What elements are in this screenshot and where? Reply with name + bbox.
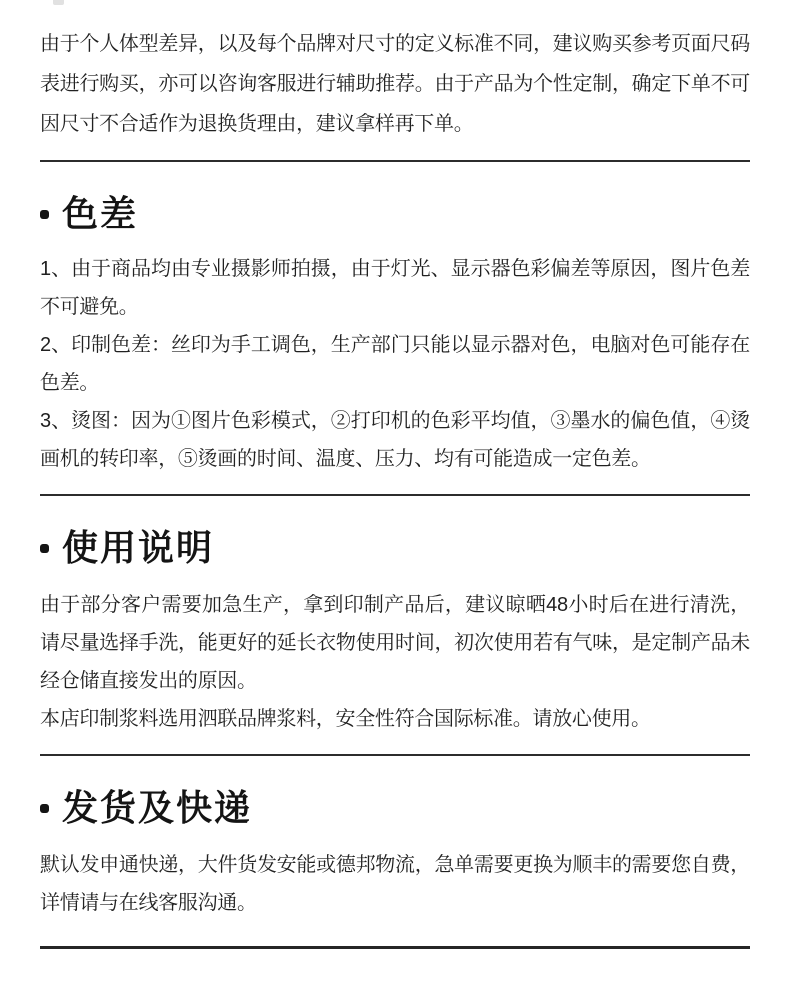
section-divider (40, 754, 750, 756)
color-difference-item-1: 1、由于商品均由专业摄影师拍摄，由于灯光、显示器色彩偏差等原因，图片色差不可避免… (40, 250, 750, 326)
bullet-dot-icon (40, 210, 49, 219)
section-usage-instructions: 使用说明 由于部分客户需要加急生产，拿到印制产品后，建议晾晒48小时后在进行清洗… (40, 528, 750, 738)
section-heading: 色差 (40, 194, 750, 234)
section-title: 发货及快递 (62, 788, 252, 828)
section-color-difference: 色差 1、由于商品均由专业摄影师拍摄，由于灯光、显示器色彩偏差等原因，图片色差不… (40, 194, 750, 478)
section-title: 使用说明 (62, 528, 214, 568)
cropped-image-artifact (53, 0, 64, 5)
section-body: 由于部分客户需要加急生产，拿到印制产品后，建议晾晒48小时后在进行清洗，请尽量选… (40, 586, 750, 738)
section-shipping-delivery: 发货及快递 默认发申通快递，大件货发安能或德邦物流，急单需要更换为顺丰的需要您自… (40, 788, 750, 922)
shipping-paragraph: 默认发申通快递，大件货发安能或德邦物流，急单需要更换为顺丰的需要您自费，详情请与… (40, 846, 750, 922)
usage-instructions-paragraph-1: 由于部分客户需要加急生产，拿到印制产品后，建议晾晒48小时后在进行清洗，请尽量选… (40, 586, 750, 700)
bullet-dot-icon (40, 544, 49, 553)
section-divider (40, 160, 750, 162)
section-heading: 使用说明 (40, 528, 750, 568)
section-title: 色差 (62, 194, 138, 234)
bottom-divider (40, 946, 750, 949)
color-difference-item-3: 3、烫图：因为①图片色彩模式，②打印机的色彩平均值，③墨水的偏色值，④烫画机的转… (40, 402, 750, 478)
section-heading: 发货及快递 (40, 788, 750, 828)
sizing-disclaimer-paragraph: 由于个人体型差异，以及每个品牌对尺寸的定义标准不同，建议购买参考页面尺码表进行购… (40, 24, 750, 144)
color-difference-item-2: 2、印制色差：丝印为手工调色，生产部门只能以显示器对色，电脑对色可能存在色差。 (40, 326, 750, 402)
section-divider (40, 494, 750, 496)
bullet-dot-icon (40, 804, 49, 813)
usage-instructions-paragraph-2: 本店印制浆料选用泗联品牌浆料，安全性符合国际标准。请放心使用。 (40, 700, 750, 738)
section-body: 默认发申通快递，大件货发安能或德邦物流，急单需要更换为顺丰的需要您自费，详情请与… (40, 846, 750, 922)
product-notice-page: 由于个人体型差异，以及每个品牌对尺寸的定义标准不同，建议购买参考页面尺码表进行购… (0, 0, 790, 949)
section-body: 1、由于商品均由专业摄影师拍摄，由于灯光、显示器色彩偏差等原因，图片色差不可避免… (40, 250, 750, 478)
